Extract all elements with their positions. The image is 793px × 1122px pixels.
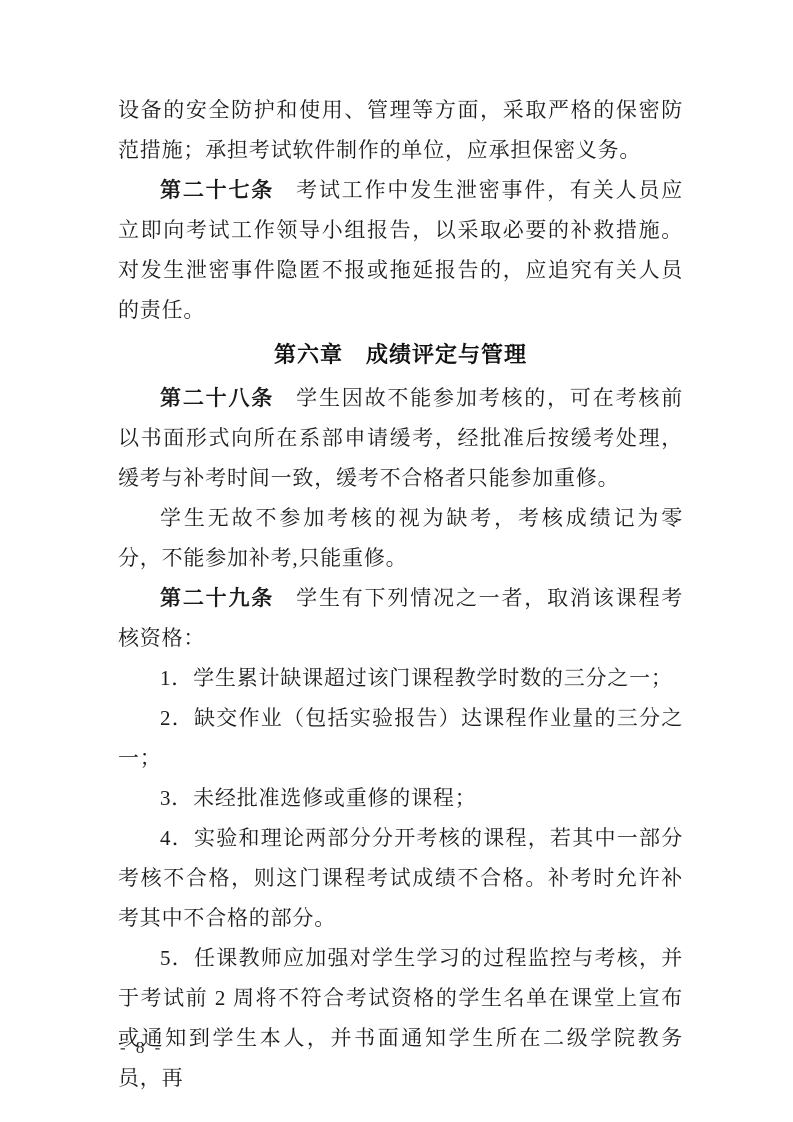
list-item-3: 3．未经批准选修或重修的课程； [118, 778, 683, 818]
article-28-paragraph: 第二十八条学生因故不能参加考核的，可在考核前以书面形式向所在系部申请缓考，经批准… [118, 378, 683, 498]
list-item-1: 1．学生累计缺课超过该门课程教学时数的三分之一； [118, 658, 683, 698]
document-page-body: 设备的安全防护和使用、管理等方面，采取严格的保密防范措施；承担考试软件制作的单位… [118, 90, 683, 1098]
paragraph-absent-rule: 学生无故不参加考核的视为缺考，考核成绩记为零分，不能参加补考,只能重修。 [118, 498, 683, 578]
chapter-6-heading: 第六章 成绩评定与管理 [118, 334, 683, 376]
paragraph-continuation: 设备的安全防护和使用、管理等方面，采取严格的保密防范措施；承担考试软件制作的单位… [118, 90, 683, 170]
list-item-4: 4．实验和理论两部分分开考核的课程，若其中一部分考核不合格，则这门课程考试成绩不… [118, 818, 683, 938]
list-item-2: 2．缺交作业（包括实验报告）达课程作业量的三分之一； [118, 698, 683, 778]
article-28-term: 第二十八条 [160, 386, 274, 410]
article-27-paragraph: 第二十七条考试工作中发生泄密事件，有关人员应立即向考试工作领导小组报告，以采取必… [118, 170, 683, 330]
article-29-term: 第二十九条 [160, 586, 274, 610]
article-27-term: 第二十七条 [160, 178, 274, 202]
list-item-5: 5．任课教师应加强对学生学习的过程监控与考核，并于考试前 2 周将不符合考试资格… [118, 938, 683, 1098]
page-number: - 8 - [120, 1038, 163, 1058]
article-29-paragraph: 第二十九条学生有下列情况之一者，取消该课程考核资格： [118, 578, 683, 658]
